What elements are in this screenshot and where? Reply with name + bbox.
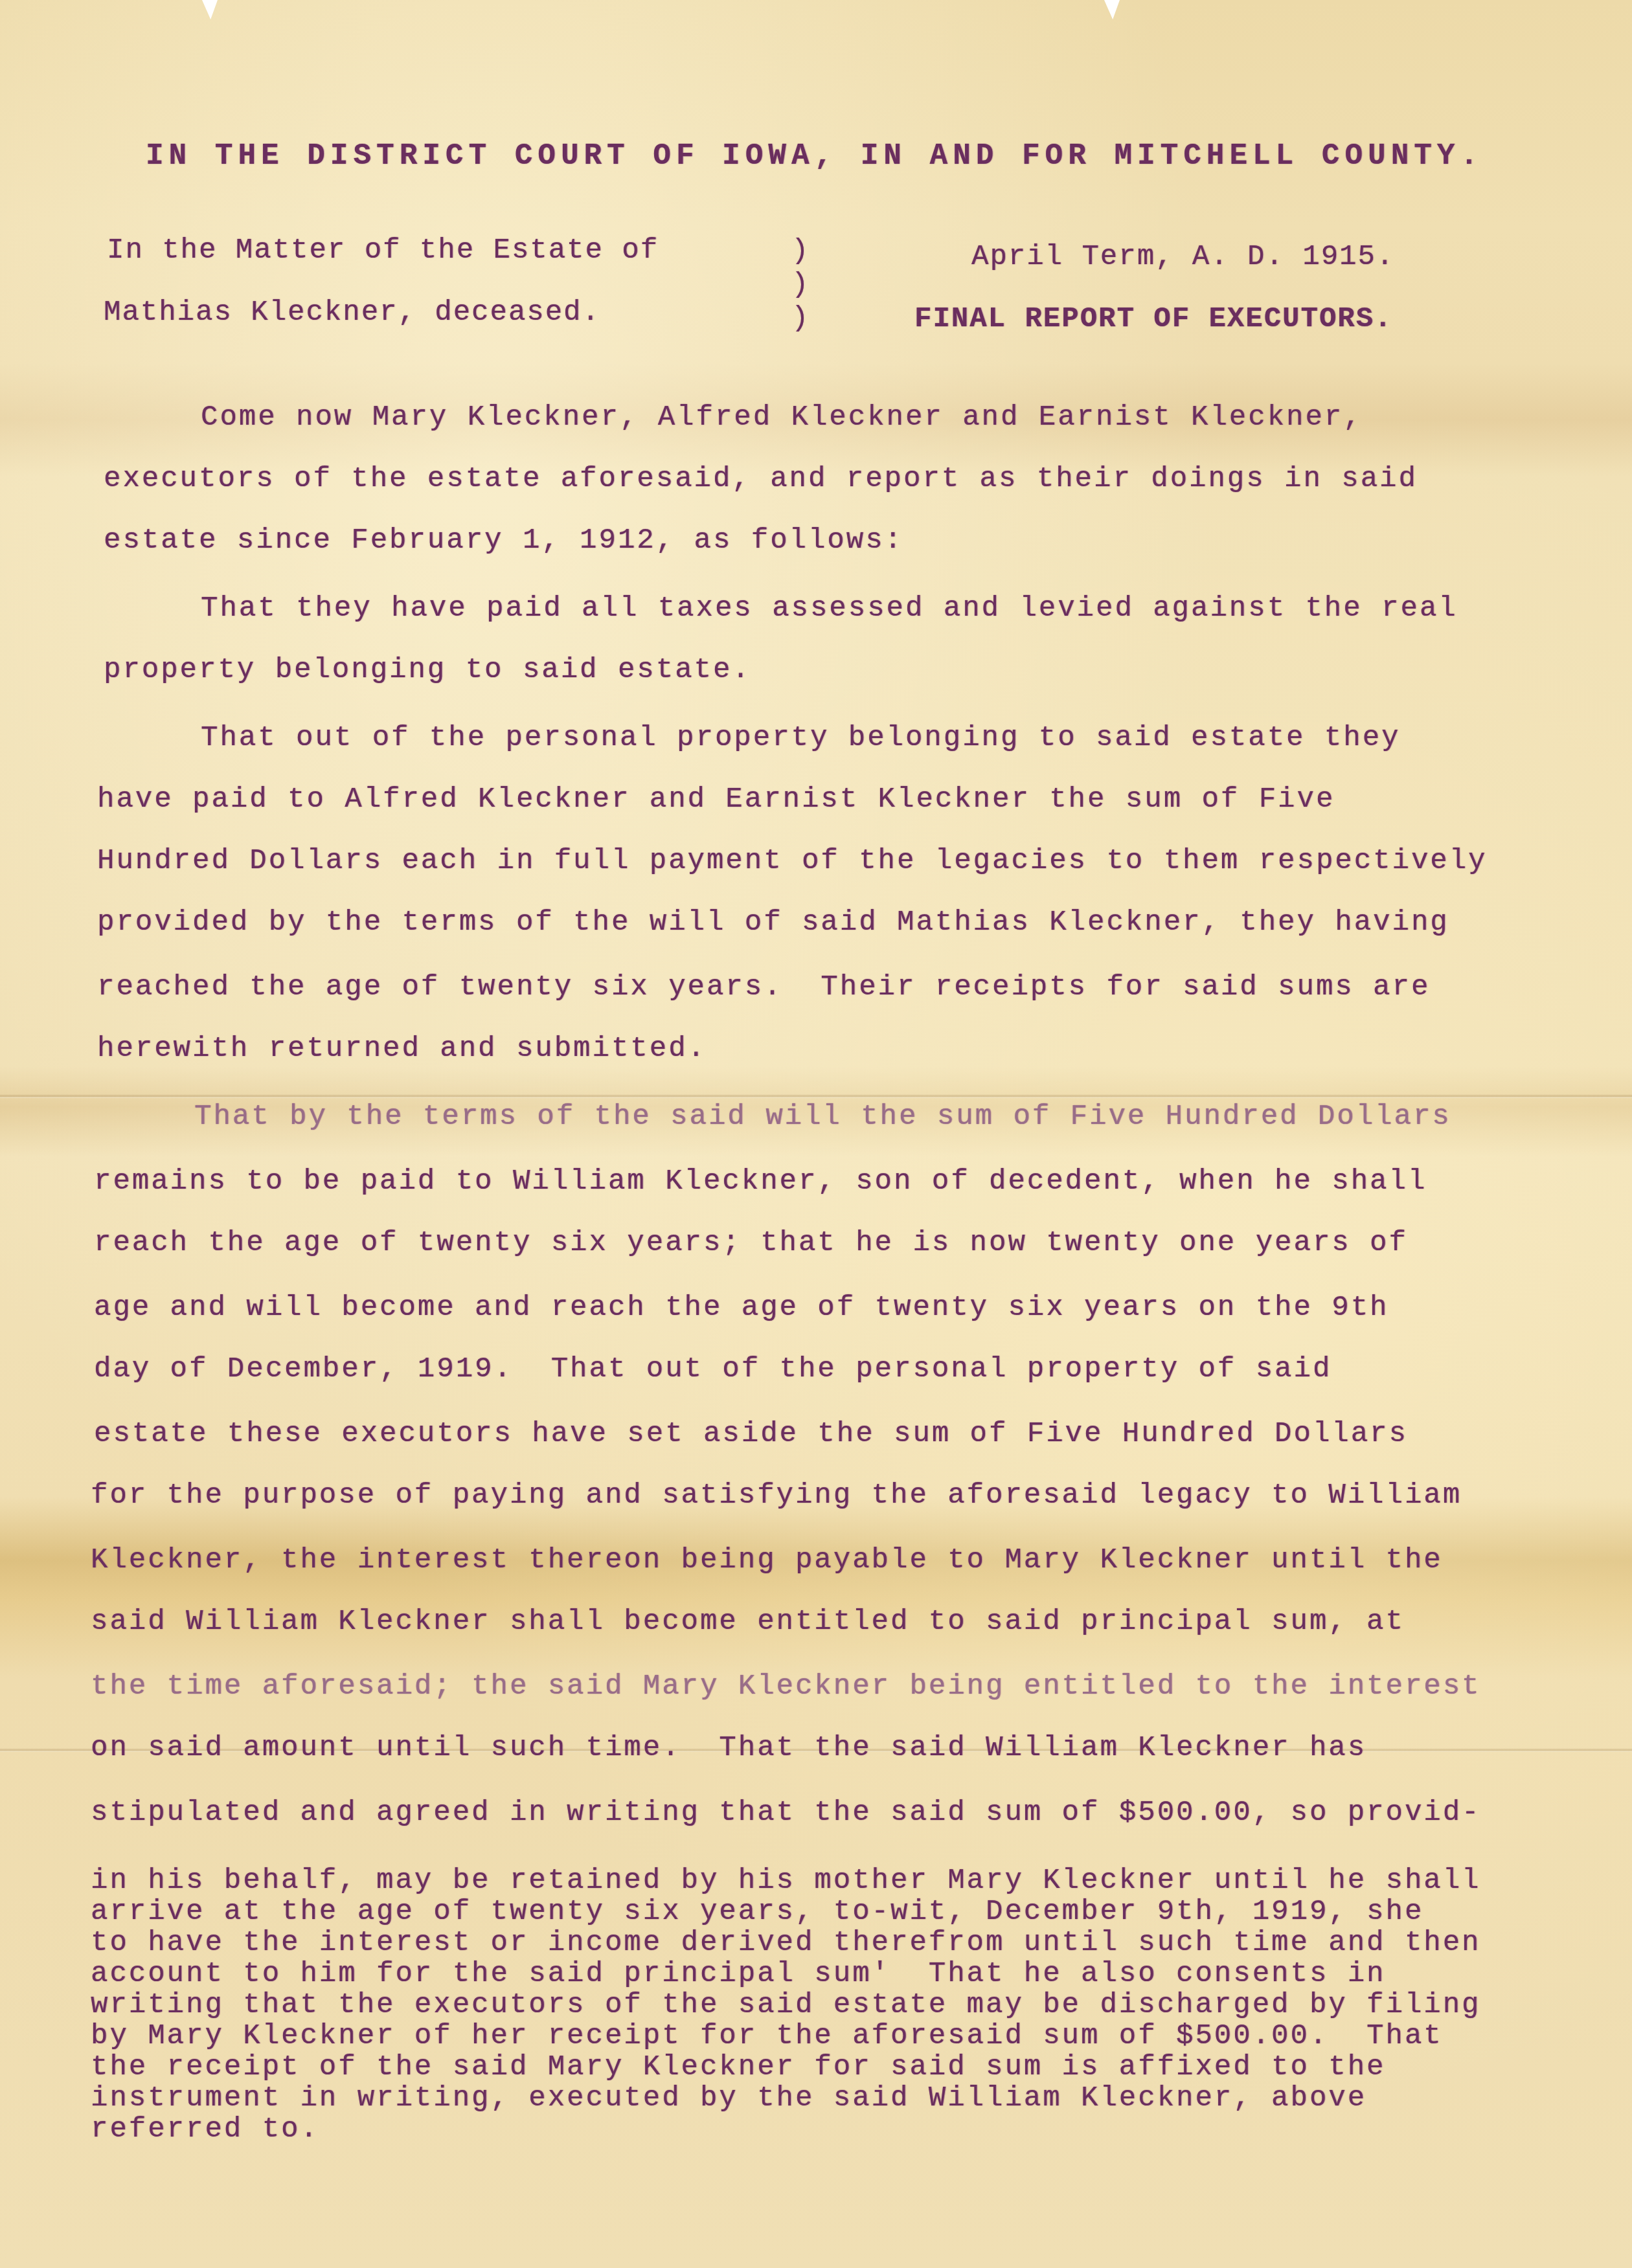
case-title-line-1: In the Matter of the Estate of bbox=[107, 234, 659, 267]
text-line: said William Kleckner shall become entit… bbox=[91, 1606, 1405, 1638]
text-line: instrument in writing, executed by the s… bbox=[91, 2082, 1366, 2115]
text-line: reach the age of twenty six years; that … bbox=[94, 1227, 1408, 1259]
paper-notch bbox=[1104, 0, 1120, 19]
text-line: property belonging to said estate. bbox=[104, 654, 751, 686]
text-line: for the purpose of paying and satisfying… bbox=[91, 1479, 1462, 1512]
text-line: on said amount until such time. That the… bbox=[91, 1732, 1366, 1764]
text-line: the time aforesaid; the said Mary Kleckn… bbox=[91, 1670, 1481, 1703]
bracket-divider: ) ) ) bbox=[791, 234, 795, 335]
text-line: age and will become and reach the age of… bbox=[94, 1292, 1389, 1324]
text-line: That they have paid all taxes assessed a… bbox=[201, 592, 1458, 625]
text-line: remains to be paid to William Kleckner, … bbox=[94, 1165, 1427, 1198]
text-line: to have the interest or income derived t… bbox=[91, 1927, 1481, 1959]
text-line: herewith returned and submitted. bbox=[97, 1033, 707, 1065]
text-line: Kleckner, the interest thereon being pay… bbox=[91, 1544, 1443, 1577]
text-line: reached the age of twenty six years. The… bbox=[97, 971, 1430, 1004]
text-line: day of December, 1919. That out of the p… bbox=[94, 1353, 1332, 1386]
text-line: writing that the executors of the said e… bbox=[91, 1989, 1481, 2021]
text-line: estate these executors have set aside th… bbox=[94, 1418, 1408, 1450]
report-title: FINAL REPORT OF EXECUTORS. bbox=[914, 303, 1393, 335]
text-line: Hundred Dollars each in full payment of … bbox=[97, 845, 1488, 877]
text-line: executors of the estate aforesaid, and r… bbox=[104, 463, 1418, 495]
text-line: arrive at the age of twenty six years, t… bbox=[91, 1896, 1423, 1928]
court-caption: IN THE DISTRICT COURT OF IOWA, IN AND FO… bbox=[146, 139, 1483, 173]
fold-crease bbox=[0, 1094, 1632, 1098]
text-line: have paid to Alfred Kleckner and Earnist… bbox=[97, 783, 1335, 816]
text-line: provided by the terms of the will of sai… bbox=[97, 906, 1449, 939]
text-line: That out of the personal property belong… bbox=[201, 722, 1400, 754]
text-line: estate since February 1, 1912, as follow… bbox=[104, 524, 903, 557]
document-page: IN THE DISTRICT COURT OF IOWA, IN AND FO… bbox=[0, 0, 1632, 2268]
text-line: Come now Mary Kleckner, Alfred Kleckner … bbox=[201, 401, 1363, 434]
text-line: the receipt of the said Mary Kleckner fo… bbox=[91, 2051, 1386, 2083]
term-label: April Term, A. D. 1915. bbox=[971, 241, 1394, 273]
text-line: in his behalf, may be retained by his mo… bbox=[91, 1865, 1481, 1897]
text-line: That by the terms of the said will the s… bbox=[194, 1101, 1451, 1133]
case-title-line-2: Mathias Kleckner, deceased. bbox=[104, 297, 600, 329]
text-line: referred to. bbox=[91, 2113, 319, 2146]
text-line: stipulated and agreed in writing that th… bbox=[91, 1797, 1481, 1829]
text-line: account to him for the said principal su… bbox=[91, 1958, 1386, 1990]
text-line: by Mary Kleckner of her receipt for the … bbox=[91, 2020, 1443, 2052]
paper-notch bbox=[202, 0, 218, 19]
